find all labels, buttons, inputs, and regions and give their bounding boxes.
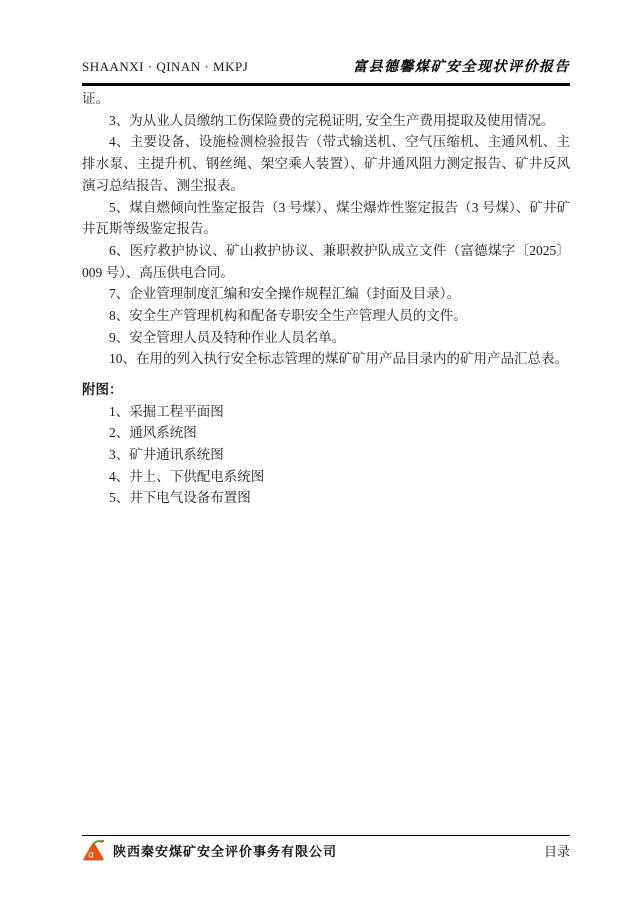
body-paragraph: 3、为从业人员缴纳工伤保险费的完税证明, 安全生产费用提取及使用情况。 (82, 110, 570, 132)
company-logo-icon: a (82, 840, 105, 861)
document-body: 证。3、为从业人员缴纳工伤保险费的完税证明, 安全生产费用提取及使用情况。4、主… (82, 88, 570, 509)
attachment-item: 3、矿井通讯系统图 (82, 444, 570, 466)
body-paragraph: 5、煤自燃倾向性鉴定报告（3 号煤）、煤尘爆炸性鉴定报告（3 号煤）、矿井矿井瓦… (82, 197, 570, 240)
attachments-heading: 附图： (82, 379, 570, 401)
attachment-item: 4、井上、下供配电系统图 (82, 466, 570, 488)
document-page: SHAANXI · QINAN · MKPJ 富县德馨煤矿安全现状评价报告 证。… (0, 0, 636, 900)
body-paragraph: 10、在用的列入执行安全标志管理的煤矿矿用产品目录内的矿用产品汇总表。 (82, 348, 570, 370)
body-paragraph: 9、安全管理人员及特种作业人员名单。 (82, 327, 570, 349)
attachments-list: 1、采掘工程平面图2、通风系统图3、矿井通讯系统图4、井上、下供配电系统图5、井… (82, 401, 570, 509)
attachment-item: 1、采掘工程平面图 (82, 401, 570, 423)
header-left-text: SHAANXI · QINAN · MKPJ (82, 59, 248, 75)
body-paragraph: 证。 (82, 88, 570, 110)
body-paragraph: 6、医疗救护协议、矿山救护协议、兼职救护队成立文件（富德煤字〔2025〕009 … (82, 240, 570, 283)
body-paragraph: 8、安全生产管理机构和配备专职安全生产管理人员的文件。 (82, 305, 570, 327)
svg-text:a: a (88, 848, 94, 860)
paragraph-list: 证。3、为从业人员缴纳工伤保险费的完税证明, 安全生产费用提取及使用情况。4、主… (82, 88, 570, 370)
body-paragraph: 4、主要设备、设施检测检验报告（带式输送机、空气压缩机、主通风机、主排水泵、主提… (82, 131, 570, 196)
body-paragraph: 7、企业管理制度汇编和安全操作规程汇编（封面及目录）。 (82, 283, 570, 305)
page-footer: a 陕西秦安煤矿安全评价事务有限公司 目录 (82, 839, 570, 861)
footer-company-name: 陕西秦安煤矿安全评价事务有限公司 (113, 841, 337, 860)
attachment-item: 5、井下电气设备布置图 (82, 487, 570, 509)
page-header: SHAANXI · QINAN · MKPJ 富县德馨煤矿安全现状评价报告 (82, 56, 570, 76)
footer-rule (82, 835, 570, 836)
footer-page-label: 目录 (544, 841, 570, 860)
header-rule (82, 83, 570, 86)
attachment-item: 2、通风系统图 (82, 422, 570, 444)
header-right-report-title: 富县德馨煤矿安全现状评价报告 (353, 56, 570, 76)
